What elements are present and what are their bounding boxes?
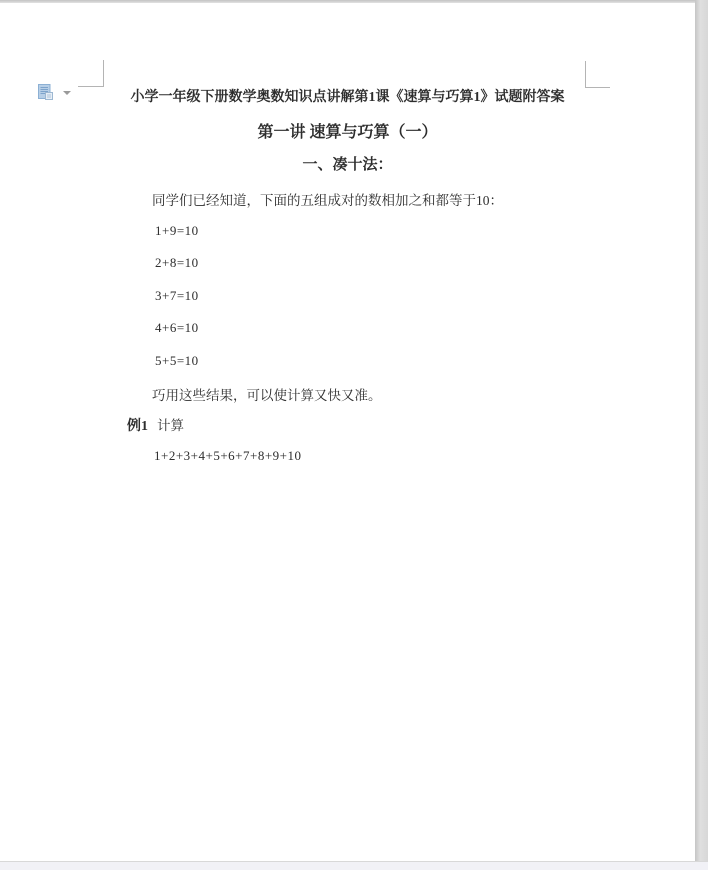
window-top-edge — [0, 0, 708, 3]
document-background-right — [695, 0, 708, 861]
example-line: 例1计算 — [127, 414, 184, 435]
equation-line: 3+7=10 — [155, 288, 199, 304]
equation-line: 1+9=10 — [155, 223, 199, 239]
word-processor-viewport: 小学一年级下册数学奥数知识点讲解第1课《速算与巧算1》试题附答案 第一讲 速算与… — [0, 0, 708, 870]
paragraph-intro: 同学们已经知道，下面的五组成对的数相加之和都等于10： — [152, 189, 503, 209]
document-page: 小学一年级下册数学奥数知识点讲解第1课《速算与巧算1》试题附答案 第一讲 速算与… — [0, 3, 695, 861]
equation-line: 5+5=10 — [155, 353, 199, 369]
lecture-heading: 第一讲 速算与巧算（一） — [0, 119, 695, 142]
paragraph-conclusion: 巧用这些结果，可以使计算又快又准。 — [152, 384, 382, 404]
section-heading: 一、凑十法： — [0, 153, 695, 174]
example-label: 例1 — [127, 419, 148, 434]
margin-crop-mark-top-left — [78, 60, 104, 87]
equation-line: 2+8=10 — [155, 255, 199, 271]
example-text: 计算 — [157, 418, 184, 433]
equation-line: 4+6=10 — [155, 320, 199, 336]
margin-crop-mark-top-right — [585, 61, 610, 88]
document-title: 小学一年级下册数学奥数知识点讲解第1课《速算与巧算1》试题附答案 — [0, 86, 695, 106]
document-background-bottom — [0, 861, 708, 870]
example-expression: 1+2+3+4+5+6+7+8+9+10 — [154, 448, 301, 464]
